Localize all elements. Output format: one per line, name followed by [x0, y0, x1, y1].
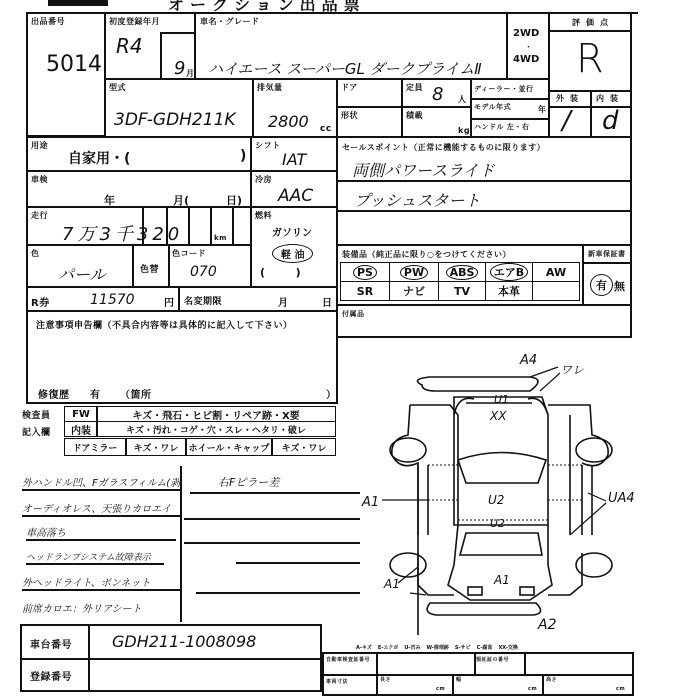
inspector-label: 検査員 記入欄 [22, 408, 64, 438]
mileage-box: 走行 7万3千320 km [26, 206, 252, 246]
usage-box: 用途 自家用・( ) [26, 136, 252, 172]
interior-items: キズ・汚れ・コゲ・穴・スレ・ヘタリ・破レ [96, 421, 336, 437]
damage-legend: A-キズ E-エクボ U-凹み W-修理跡 S-サビ C-腐食 XX-交換 [356, 644, 626, 651]
equip-ps: PS [353, 265, 377, 280]
door-mirror-head: ドアミラー [64, 438, 126, 456]
damage-mark-a4: A4 [520, 353, 537, 368]
manual-yes-circled: 有 [590, 274, 613, 296]
remark-line: ヘッドランプシステム故障表示 [26, 550, 164, 565]
reg-month: 9 [174, 58, 185, 79]
color: パール [58, 262, 106, 285]
color-code: 070 [190, 264, 217, 280]
color-box: 色 パール 色替 色コード 070 [26, 244, 252, 288]
first-registration-box: 初度登録年月 R4 9 月 [104, 12, 196, 80]
doors-capacity-box: ドア 定員 8 人 形状 積載 kg [336, 78, 472, 138]
model-name-box: 車名・グレード ハイエース スーパーGL ダークプライムⅡ [194, 12, 508, 80]
notes-box: 注意事項申告欄（不具合内容等は具体的に記入して下さい） 修復歴 有 （箇所 ） [26, 310, 338, 404]
lot-label: 出品番号 [31, 16, 65, 27]
remark-line: オーディオレス、天張りカロエイ [22, 500, 180, 517]
damage-mark-a1-tailgate: A1 [494, 573, 510, 587]
air-conditioning: AAC [278, 186, 313, 206]
model-name: ハイエース スーパーGL ダークプライムⅡ [208, 58, 482, 79]
equip-leather: 本革 [498, 283, 520, 299]
damage-mark-u2-roof: U2 [488, 493, 504, 507]
mileage: 7万3千320 [62, 220, 183, 246]
equip-pw: PW [400, 265, 428, 280]
displacement-box: 排気量 2800 cc [252, 78, 338, 138]
auction-grade: R [576, 36, 604, 82]
header-bar: オークション出品票 [28, 0, 628, 10]
remark-line: 外ヘッドライト、ボンネット [22, 574, 180, 591]
accessories-box: 付属品 [336, 304, 632, 338]
shift-box: シフト IAT [250, 136, 338, 172]
interior-grade: d [602, 106, 619, 136]
wheel-cap-head: ホイール・キャップ [186, 438, 272, 456]
remark-line: 前席カロエ：外リアシート [22, 600, 142, 615]
fuel-box: 燃料 ガソリン 軽 油 ( ) [250, 206, 338, 288]
inspection-box: 車検 年 月( 日) [26, 170, 252, 208]
chassis-number: GDH211-1008098 [112, 632, 256, 651]
score-box: 評価点 R [548, 12, 632, 92]
damage-mark-u2-rear: U2 [490, 517, 505, 530]
damage-mark-xx: XX [490, 409, 506, 423]
damage-mark-a2: A2 [538, 617, 556, 633]
equip-navi: ナビ [403, 283, 425, 299]
equip-sr: SR [357, 285, 373, 298]
door-mirror-items: キズ・ワレ [126, 438, 186, 456]
sales-point-2: プッシュスタート [354, 188, 481, 211]
equip-aw: AW [546, 266, 566, 279]
damage-mark-crack: ワレ [560, 361, 584, 378]
remark-line: 外ハンドル凹、Fガラスフィルム(剥り) [22, 474, 180, 491]
interior-head: 内装 [64, 421, 98, 437]
diesel-option-circled: 軽 油 [272, 244, 313, 263]
remark-right: 右Fピラー差 [218, 474, 279, 490]
model-code-box: 型式 3DF-GDH211K [104, 78, 254, 138]
equip-airbag: エアB [490, 263, 528, 281]
certificate-box: 自動車検査証番号 預託証の番号 車両寸法 長さ cm 幅 cm 高さ cm [322, 652, 634, 696]
car-damage-diagram: A4 ワレ U1 XX U2 U2 A1 UA4 A1 A1 A2 [370, 355, 670, 640]
displacement: 2800 [268, 112, 309, 131]
ac-box: 冷房 AAC [250, 170, 338, 208]
remark-line: 車高落ち [26, 524, 176, 541]
model-code: 3DF-GDH211K [114, 110, 236, 130]
recycle-fee: 11570 [90, 292, 135, 308]
chassis-box: 車台番号 GDH211-1008098 登録番号 [20, 624, 322, 692]
fw-items: キズ・飛石・ヒビ割・リペア跡・X要 [96, 406, 336, 422]
drive-box: 2WD ・ 4WD [506, 12, 550, 80]
equip-tv: TV [454, 285, 470, 298]
lot-number-box: 出品番号 5014 [26, 12, 106, 137]
sales-point-1: 両側パワースライド [352, 158, 495, 181]
damage-mark-a1-left: A1 [362, 495, 379, 510]
damage-mark-u1: U1 [494, 393, 509, 406]
fw-head: FW [64, 406, 98, 422]
sales-points-box: セールスポイント（正常に機能するものに限ります） 両側パワースライド プッシュス… [336, 136, 632, 246]
dealer-box: ディーラー・並行 モデル年式 年 ハンドル 左・右 [470, 78, 550, 138]
equip-abs: ABS [446, 265, 479, 280]
damage-mark-ua4: UA4 [608, 491, 635, 506]
wheel-cap-items: キズ・ワレ [272, 438, 336, 456]
usage: 自家用・( [68, 148, 130, 168]
exterior-grade: / [562, 106, 571, 136]
lot-number: 5014 [46, 52, 102, 77]
shift-type: IAT [282, 150, 306, 169]
condition-box: 外装 内装 / d [548, 90, 632, 138]
fuel-type: ガソリン [272, 224, 312, 239]
reg-era-year: R4 [116, 34, 143, 58]
recycle-box: R券 11570 円 名変期限 月 日 [26, 286, 338, 312]
damage-mark-a1-rear-left: A1 [384, 577, 400, 591]
seating-capacity: 8 [432, 84, 443, 105]
